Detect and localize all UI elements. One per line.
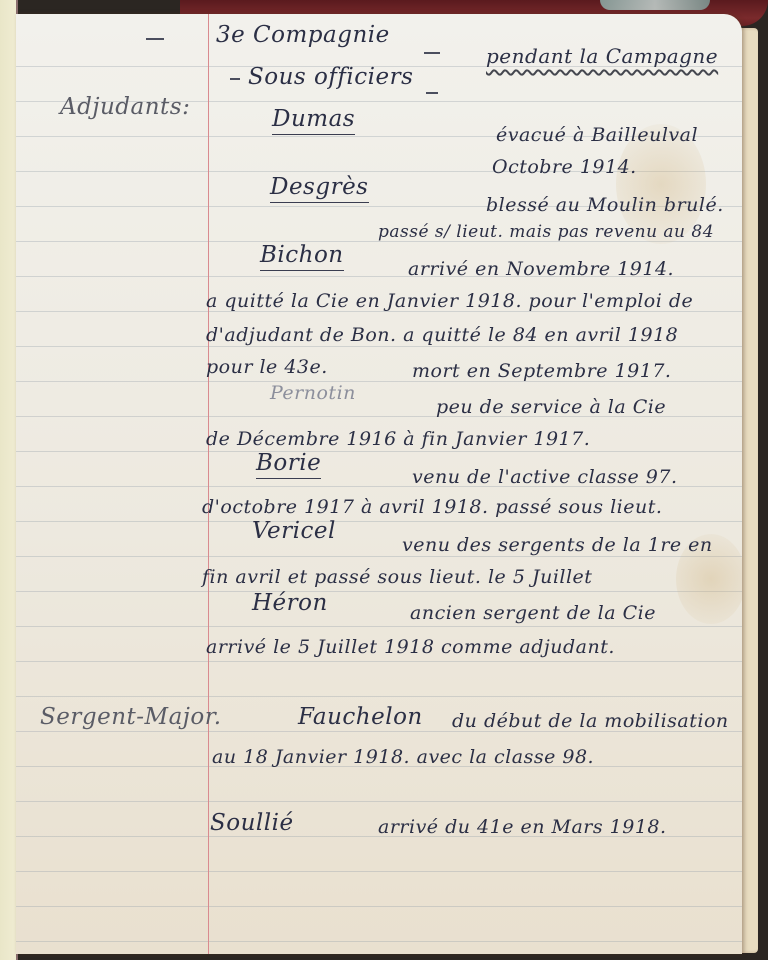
header-section: Sous officiers (248, 64, 413, 90)
entry-line: d'adjudant de Bon. a quitté le 84 en avr… (206, 324, 678, 346)
entry-line: blessé au Moulin brulé. (486, 194, 724, 216)
entry-line: fin avril et passé sous lieut. le 5 Juil… (202, 566, 592, 588)
entry-line: passé s/ lieut. mais pas revenu au 84 (378, 222, 714, 242)
notebook-page: 3e Compagnie pendant la Campagne Sous of… (16, 14, 742, 954)
entry-line: a quitté la Cie en Janvier 1918. pour l'… (206, 290, 693, 312)
entry-name-bichon: Bichon (260, 242, 344, 271)
dash-mark (424, 52, 440, 54)
entry-line: de Décembre 1916 à fin Janvier 1917. (206, 428, 590, 450)
entry-line: venu de l'active classe 97. (412, 466, 677, 488)
entry-name-heron: Héron (252, 590, 328, 616)
entry-line: ancien sergent de la Cie (410, 602, 656, 624)
entry-name-borie: Borie (256, 450, 321, 479)
entry-line: peu de service à la Cie (436, 396, 666, 418)
dash-mark (426, 92, 438, 94)
entry-line: d'octobre 1917 à avril 1918. passé sous … (202, 496, 662, 518)
entry-line: Octobre 1914. (492, 156, 637, 178)
entry-line: arrivé le 5 Juillet 1918 comme adjudant. (206, 636, 615, 658)
entry-line: mort en Septembre 1917. (412, 360, 671, 382)
header-note: pendant la Campagne (486, 44, 718, 68)
entry-line: au 18 Janvier 1918. avec la classe 98. (212, 746, 594, 768)
entry-name-vericel: Vericel (252, 518, 336, 544)
dash-mark (146, 38, 164, 40)
entry-line: arrivé du 41e en Mars 1918. (378, 816, 667, 838)
entry-name-fauchelon: Fauchelon (298, 704, 423, 730)
cover-glare (600, 0, 710, 10)
entry-name-desgres: Desgrès (270, 174, 369, 203)
entry-line: arrivé en Novembre 1914. (408, 258, 674, 280)
entry-name-pernotin: Pernotin (270, 382, 356, 404)
entry-line: du début de la mobilisation (452, 710, 729, 732)
margin-label-sergent-major: Sergent-Major. (40, 704, 222, 730)
margin-label-adjudants: Adjudants: (60, 94, 190, 120)
margin-line (208, 14, 209, 954)
entry-line: évacué à Bailleulval (496, 124, 698, 146)
header-company: 3e Compagnie (216, 22, 390, 48)
dash-mark (230, 78, 240, 80)
entry-name-dumas: Dumas (272, 106, 355, 135)
entry-name-soullie: Soullié (210, 810, 294, 836)
entry-line: pour le 43e. (206, 356, 328, 378)
entry-line: venu des sergents de la 1re en (402, 534, 713, 556)
